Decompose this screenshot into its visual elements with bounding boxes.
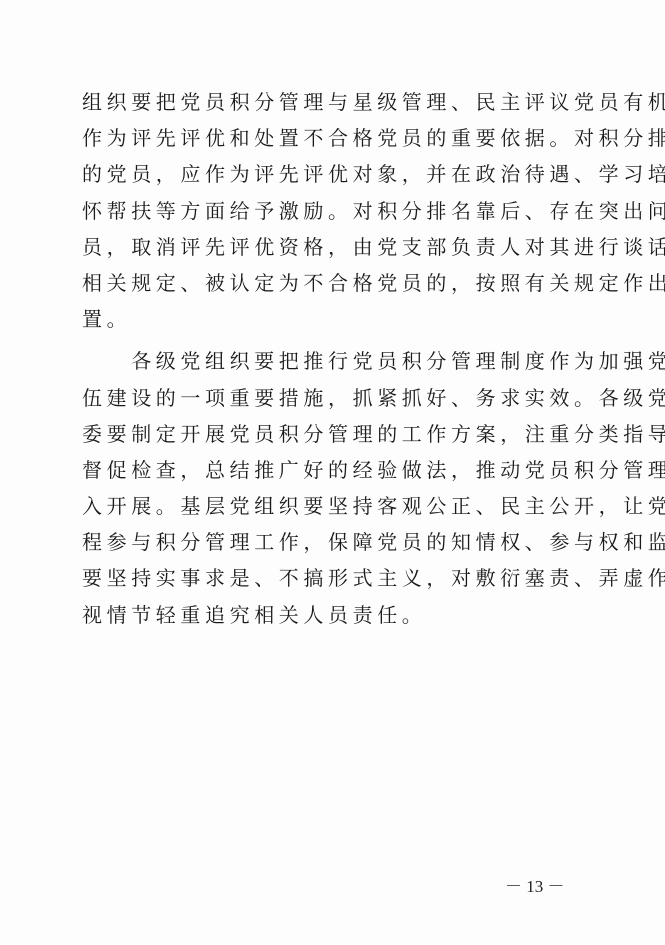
text-line: 的党员，应作为评先评优对象，并在政治待遇、学习培训、关 bbox=[82, 156, 562, 192]
text-line: 相关规定、被认定为不合格党员的，按照有关规定作出组织处 bbox=[82, 265, 562, 301]
text-line: 督促检查，总结推广好的经验做法，推动党员积分管理工作深 bbox=[82, 452, 562, 488]
text-line: 要坚持实事求是、不搞形式主义，对敷衍塞责、弄虚作假的， bbox=[82, 560, 562, 596]
text-line: 伍建设的一项重要措施，抓紧抓好、务求实效。各级党（工） bbox=[82, 380, 562, 416]
text-line: 委要制定开展党员积分管理的工作方案，注重分类指导，搞好 bbox=[82, 416, 562, 452]
text-line: 入开展。基层党组织要坚持客观公正、民主公开，让党员全过 bbox=[82, 488, 562, 524]
paragraph-1: 组织要把党员积分管理与星级管理、民主评议党员有机结合， 作为评先评优和处置不合格… bbox=[82, 84, 562, 337]
text-line: 置。 bbox=[82, 301, 562, 337]
body-text: 组织要把党员积分管理与星级管理、民主评议党员有机结合， 作为评先评优和处置不合格… bbox=[82, 84, 562, 633]
text-line: 员，取消评先评优资格，由党支部负责人对其进行谈话，符合 bbox=[82, 229, 562, 265]
text-line: 视情节轻重追究相关人员责任。 bbox=[82, 597, 562, 633]
text-line: 怀帮扶等方面给予激励。对积分排名靠后、存在突出问题的党 bbox=[82, 193, 562, 229]
text-line: 程参与积分管理工作，保障党员的知情权、参与权和监督权， bbox=[82, 524, 562, 560]
text-line: 各级党组织要把推行党员积分管理制度作为加强党员队 bbox=[82, 343, 562, 379]
paragraph-2: 各级党组织要把推行党员积分管理制度作为加强党员队 伍建设的一项重要措施，抓紧抓好… bbox=[82, 343, 562, 633]
document-page: 组织要把党员积分管理与星级管理、民主评议党员有机结合， 作为评先评优和处置不合格… bbox=[0, 0, 665, 945]
text-line: 组织要把党员积分管理与星级管理、民主评议党员有机结合， bbox=[82, 84, 562, 120]
text-line: 作为评先评优和处置不合格党员的重要依据。对积分排名靠前 bbox=[82, 120, 562, 156]
page-number: － 13 － bbox=[505, 872, 565, 897]
